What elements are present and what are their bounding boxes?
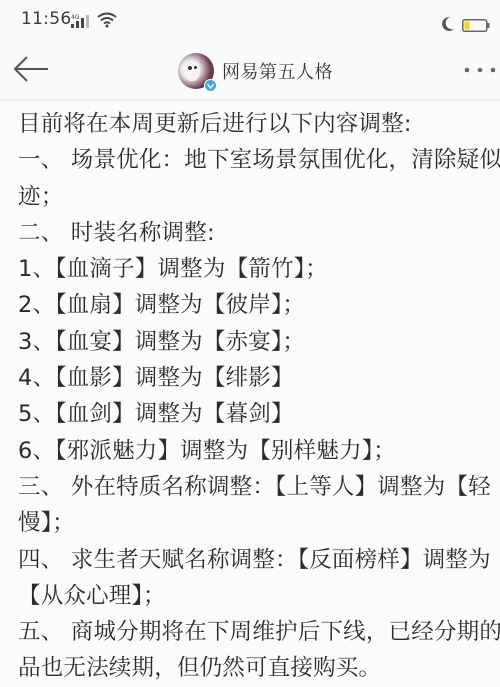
status-bar: 11:56 4G xyxy=(0,0,500,40)
battery-icon xyxy=(462,17,490,30)
post-line: 品也无法续期，但仍然可直接购买。 xyxy=(18,650,488,674)
post-line: 5、【血剑】调整为【暮剑】 xyxy=(18,396,488,432)
post-line: 目前将在本周更新后进行以下内容调整: xyxy=(18,106,488,142)
more-dots-icon xyxy=(462,60,498,80)
post-line: 6、【邪派魅力】调整为【别样魅力】； xyxy=(18,433,488,469)
account-title[interactable]: 网易第五人格 xyxy=(178,51,333,91)
more-button[interactable] xyxy=(462,60,498,80)
arrow-left-icon xyxy=(12,54,52,84)
header-bar: 网易第五人格 xyxy=(0,40,500,101)
status-time: 11:56 xyxy=(21,9,72,29)
wifi-icon xyxy=(97,12,117,28)
post-line: 慢】； xyxy=(18,505,488,541)
back-button[interactable] xyxy=(12,54,52,84)
post-content: 目前将在本周更新后进行以下内容调整: 一、 场景优化：地下室场景氛围优化，清除疑… xyxy=(18,106,488,674)
post-line: 3、【血宴】调整为【赤宴】； xyxy=(18,324,488,360)
moon-icon xyxy=(441,16,455,32)
post-line: 四、 求生者天赋名称调整：【反面榜样】调整为 xyxy=(18,542,488,578)
signal-4g-icon: 4G xyxy=(70,13,92,29)
post-line: 二、 时装名称调整: xyxy=(18,215,488,251)
post-line: 4、【血影】调整为【绯影】 xyxy=(18,360,488,396)
account-name: 网易第五人格 xyxy=(222,58,333,84)
post-line: 一、 场景优化：地下室场景氛围优化，清除疑似血 xyxy=(18,142,488,178)
avatar[interactable] xyxy=(178,53,214,89)
verified-badge-icon xyxy=(204,79,217,92)
post-line: 2、【血扇】调整为【彼岸】； xyxy=(18,287,488,323)
post-line: 五、 商城分期将在下周维护后下线，已经分期的商 xyxy=(18,614,488,650)
post-line: 迹； xyxy=(18,179,488,215)
post-line: 三、 外在特质名称调整：【上等人】调整为【轻 xyxy=(18,469,488,505)
svg-text:4G: 4G xyxy=(71,14,80,21)
post-line: 【从众心理】； xyxy=(18,578,488,614)
post-line: 1、【血滴子】调整为【箭竹】； xyxy=(18,251,488,287)
